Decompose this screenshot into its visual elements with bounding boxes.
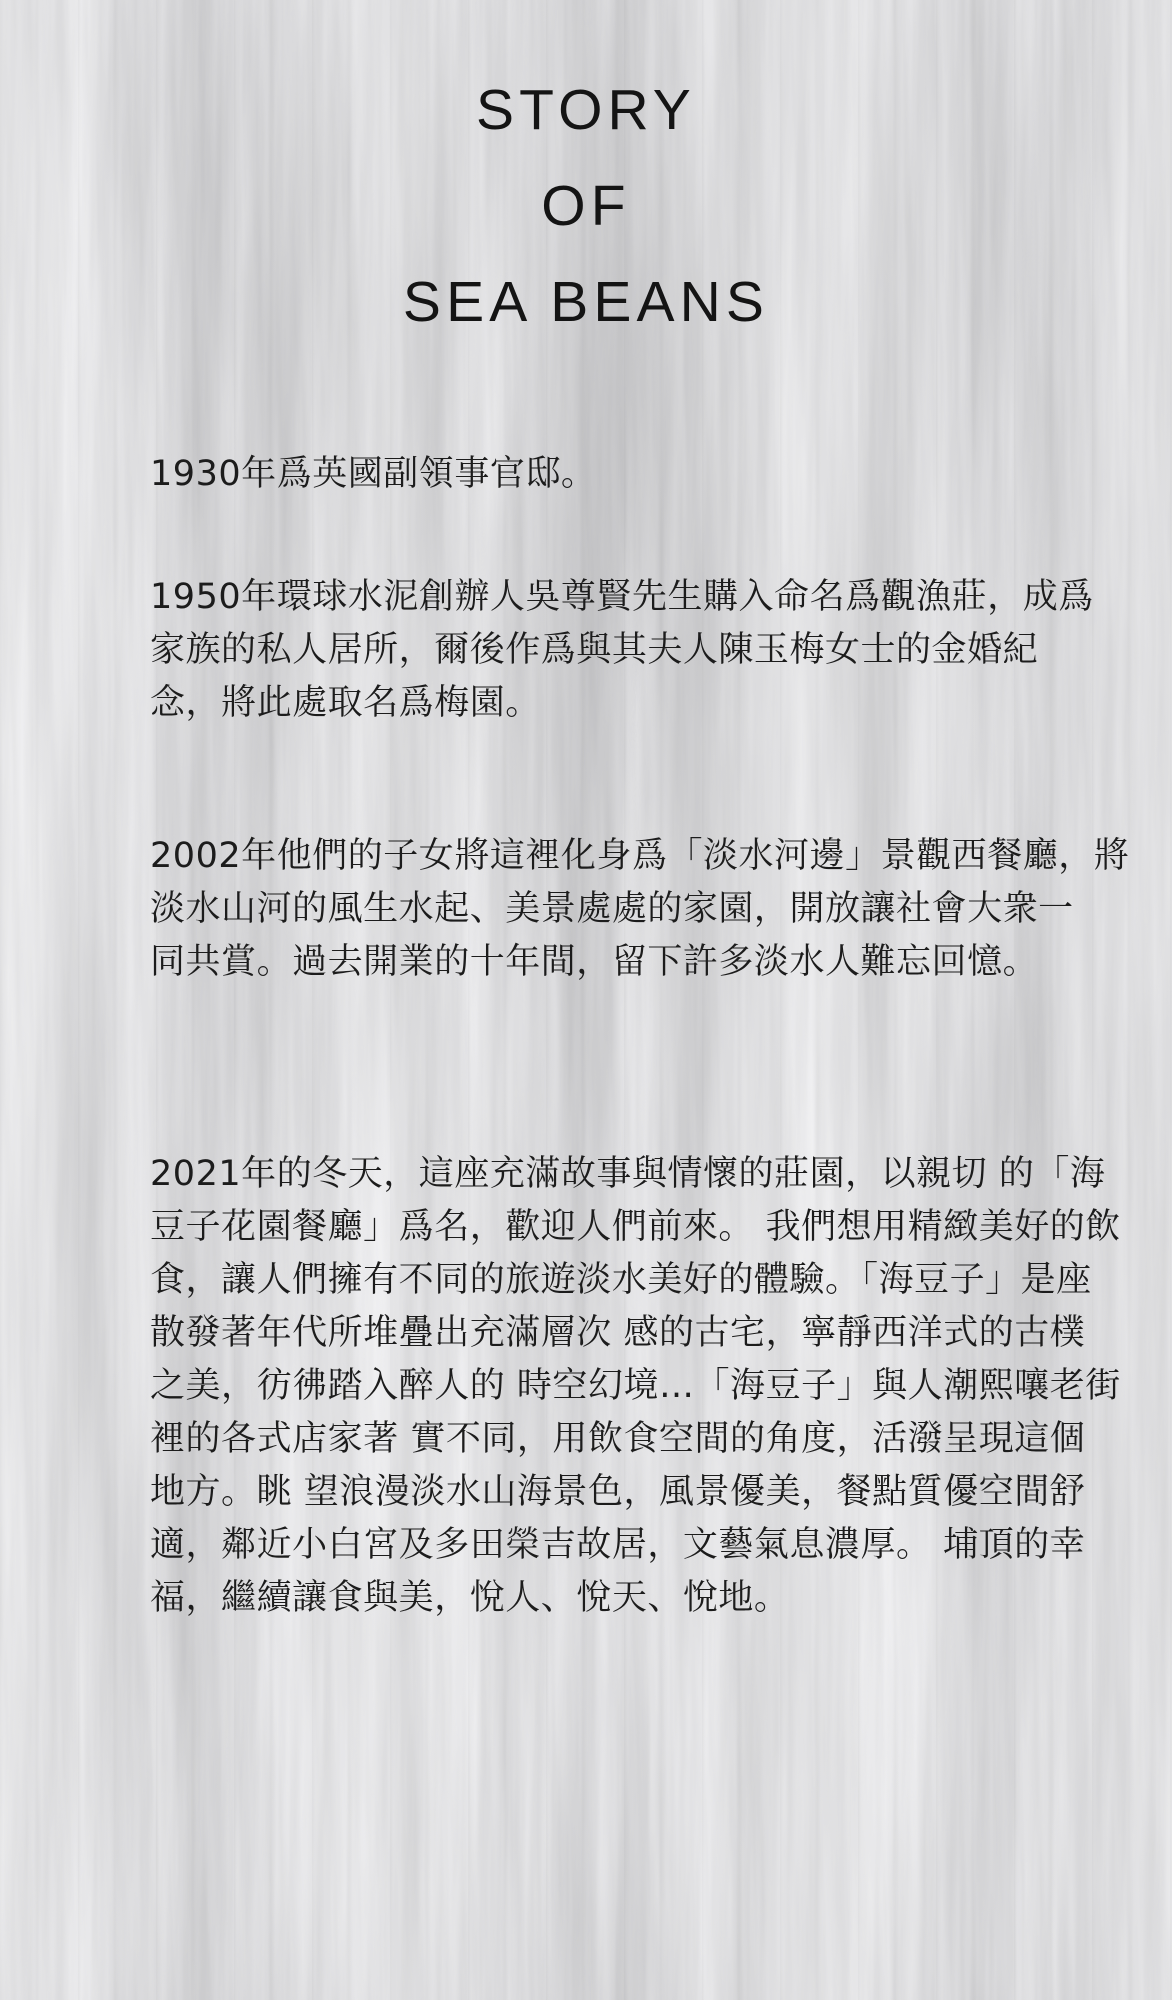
story-text-line: 裡的各式店家著 實不同，用飲食空間的角度，活潑呈現這個 <box>150 1413 1112 1466</box>
story-paragraph-2002: 2002年他們的子女將這裡化身爲「淡水河邊」景觀西餐廳，將 淡水山河的風生水起、… <box>150 830 1112 989</box>
story-content: STORY OF SEA BEANS 1930年爲英國副領事官邸。 1950年環… <box>0 0 1172 1625</box>
story-page: { "page": { "title_lines": ["STORY", "OF… <box>0 0 1172 2000</box>
story-text-line: 同共賞。過去開業的十年間，留下許多淡水人難忘回憶。 <box>150 936 1112 989</box>
story-text-line: 食，讓人們擁有不同的旅遊淡水美好的體驗。「海豆子」是座 <box>150 1254 1112 1307</box>
story-text-line: 豆子花園餐廳」爲名，歡迎人們前來。 我們想用精緻美好的飲 <box>150 1201 1112 1254</box>
story-paragraph-1950: 1950年環球水泥創辦人吳尊賢先生購入命名爲觀漁莊，成爲 家族的私人居所，爾後作… <box>150 571 1112 730</box>
page-title-line-3: SEA BEANS <box>0 254 1172 350</box>
story-text-line: 之美，彷彿踏入醉人的 時空幻境…「海豆子」與人潮熙嚷老街 <box>150 1360 1112 1413</box>
story-text-line: 福，繼續讓食與美，悅人、悅天、悅地。 <box>150 1572 1112 1625</box>
story-paragraph-1930: 1930年爲英國副領事官邸。 <box>150 448 1112 501</box>
story-text-line: 淡水山河的風生水起、美景處處的家園，開放讓社會大衆一 <box>150 883 1112 936</box>
story-text-line: 2002年他們的子女將這裡化身爲「淡水河邊」景觀西餐廳，將 <box>150 830 1112 883</box>
page-title: STORY OF SEA BEANS <box>0 0 1172 350</box>
story-body: 1930年爲英國副領事官邸。 1950年環球水泥創辦人吳尊賢先生購入命名爲觀漁莊… <box>0 448 1172 1625</box>
page-title-line-2: OF <box>0 158 1172 254</box>
story-text-line: 適，鄰近小白宮及多田榮吉故居，文藝氣息濃厚。 埔頂的幸 <box>150 1519 1112 1572</box>
story-text-line: 散發著年代所堆疊出充滿層次 感的古宅，寧靜西洋式的古樸 <box>150 1307 1112 1360</box>
story-text-line: 2021年的冬天，這座充滿故事與情懷的莊園，以親切 的「海 <box>150 1148 1112 1201</box>
story-text-line: 地方。眺 望浪漫淡水山海景色，風景優美，餐點質優空間舒 <box>150 1466 1112 1519</box>
story-text-line: 1950年環球水泥創辦人吳尊賢先生購入命名爲觀漁莊，成爲 <box>150 571 1112 624</box>
story-text-line: 家族的私人居所，爾後作爲與其夫人陳玉梅女士的金婚紀 <box>150 624 1112 677</box>
story-paragraph-2021: 2021年的冬天，這座充滿故事與情懷的莊園，以親切 的「海 豆子花園餐廳」爲名，… <box>150 1148 1112 1625</box>
story-text-line: 1930年爲英國副領事官邸。 <box>150 454 596 494</box>
page-title-line-1: STORY <box>0 62 1172 158</box>
story-text-line: 念，將此處取名爲梅園。 <box>150 677 1112 730</box>
